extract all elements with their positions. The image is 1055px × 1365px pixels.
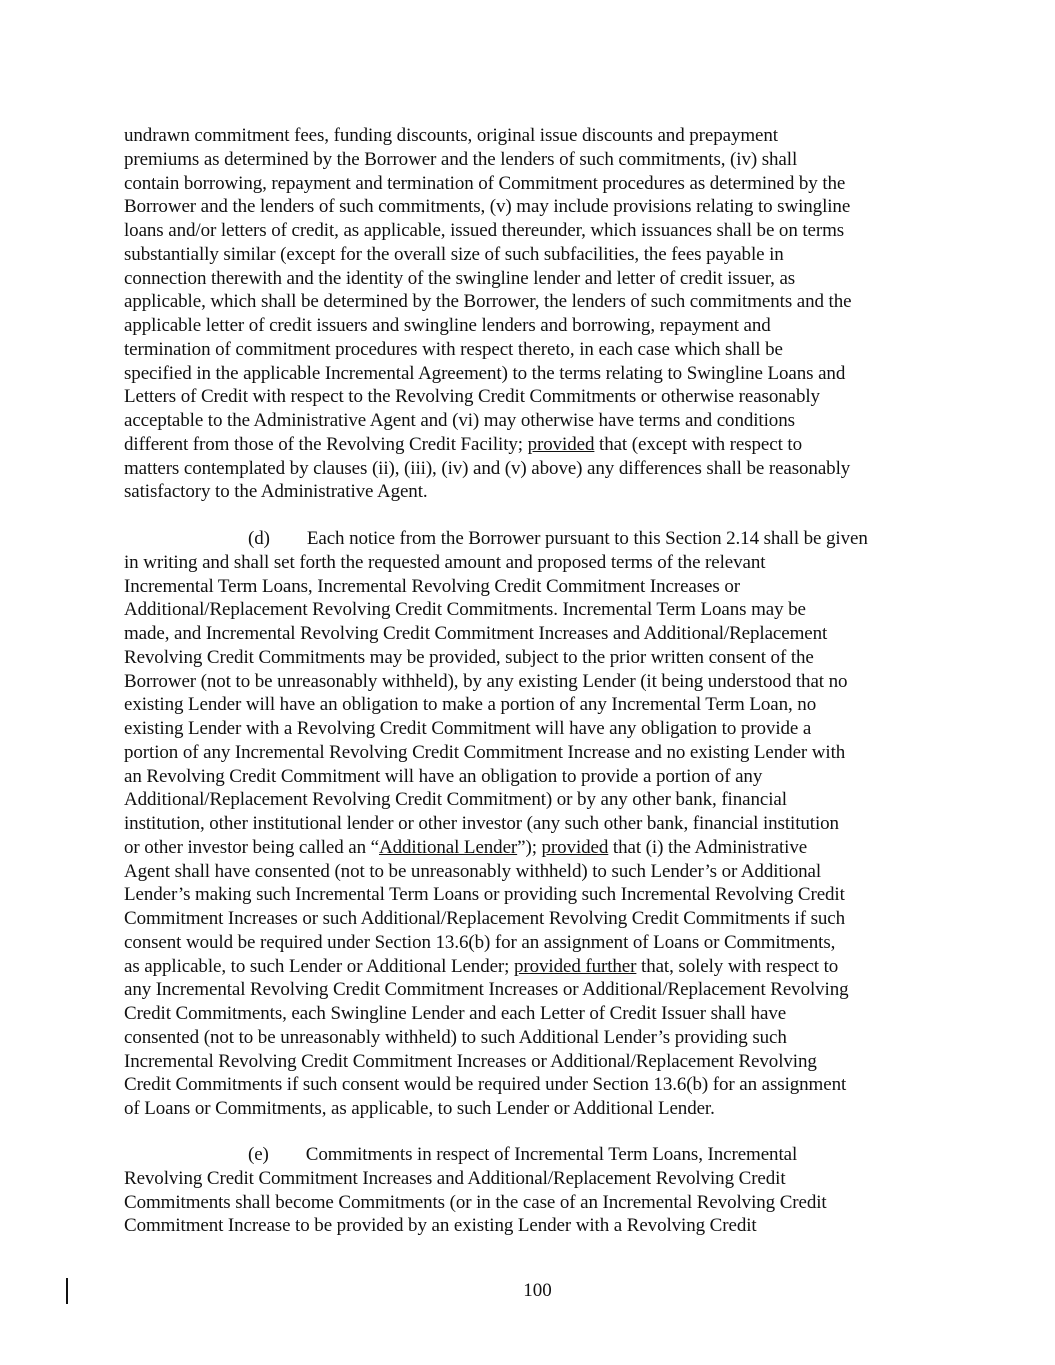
provided-term: provided bbox=[542, 837, 609, 858]
provided-further-term: provided further bbox=[514, 956, 636, 977]
page-number: 100 bbox=[0, 1280, 1055, 1302]
defined-term-additional-lender: Additional Lender bbox=[379, 837, 517, 858]
provided-term: provided bbox=[528, 434, 595, 455]
paragraph-e: (e)Commitments in respect of Incremental… bbox=[124, 1143, 929, 1238]
paragraph-label: (d) bbox=[248, 528, 270, 549]
paragraph-c-continuation: undrawn commitment fees, funding discoun… bbox=[124, 124, 929, 504]
paragraph-label: (e) bbox=[248, 1144, 269, 1165]
paragraph-d: (d)Each notice from the Borrower pursuan… bbox=[124, 527, 929, 1121]
document-page: undrawn commitment fees, funding discoun… bbox=[0, 0, 1055, 1365]
